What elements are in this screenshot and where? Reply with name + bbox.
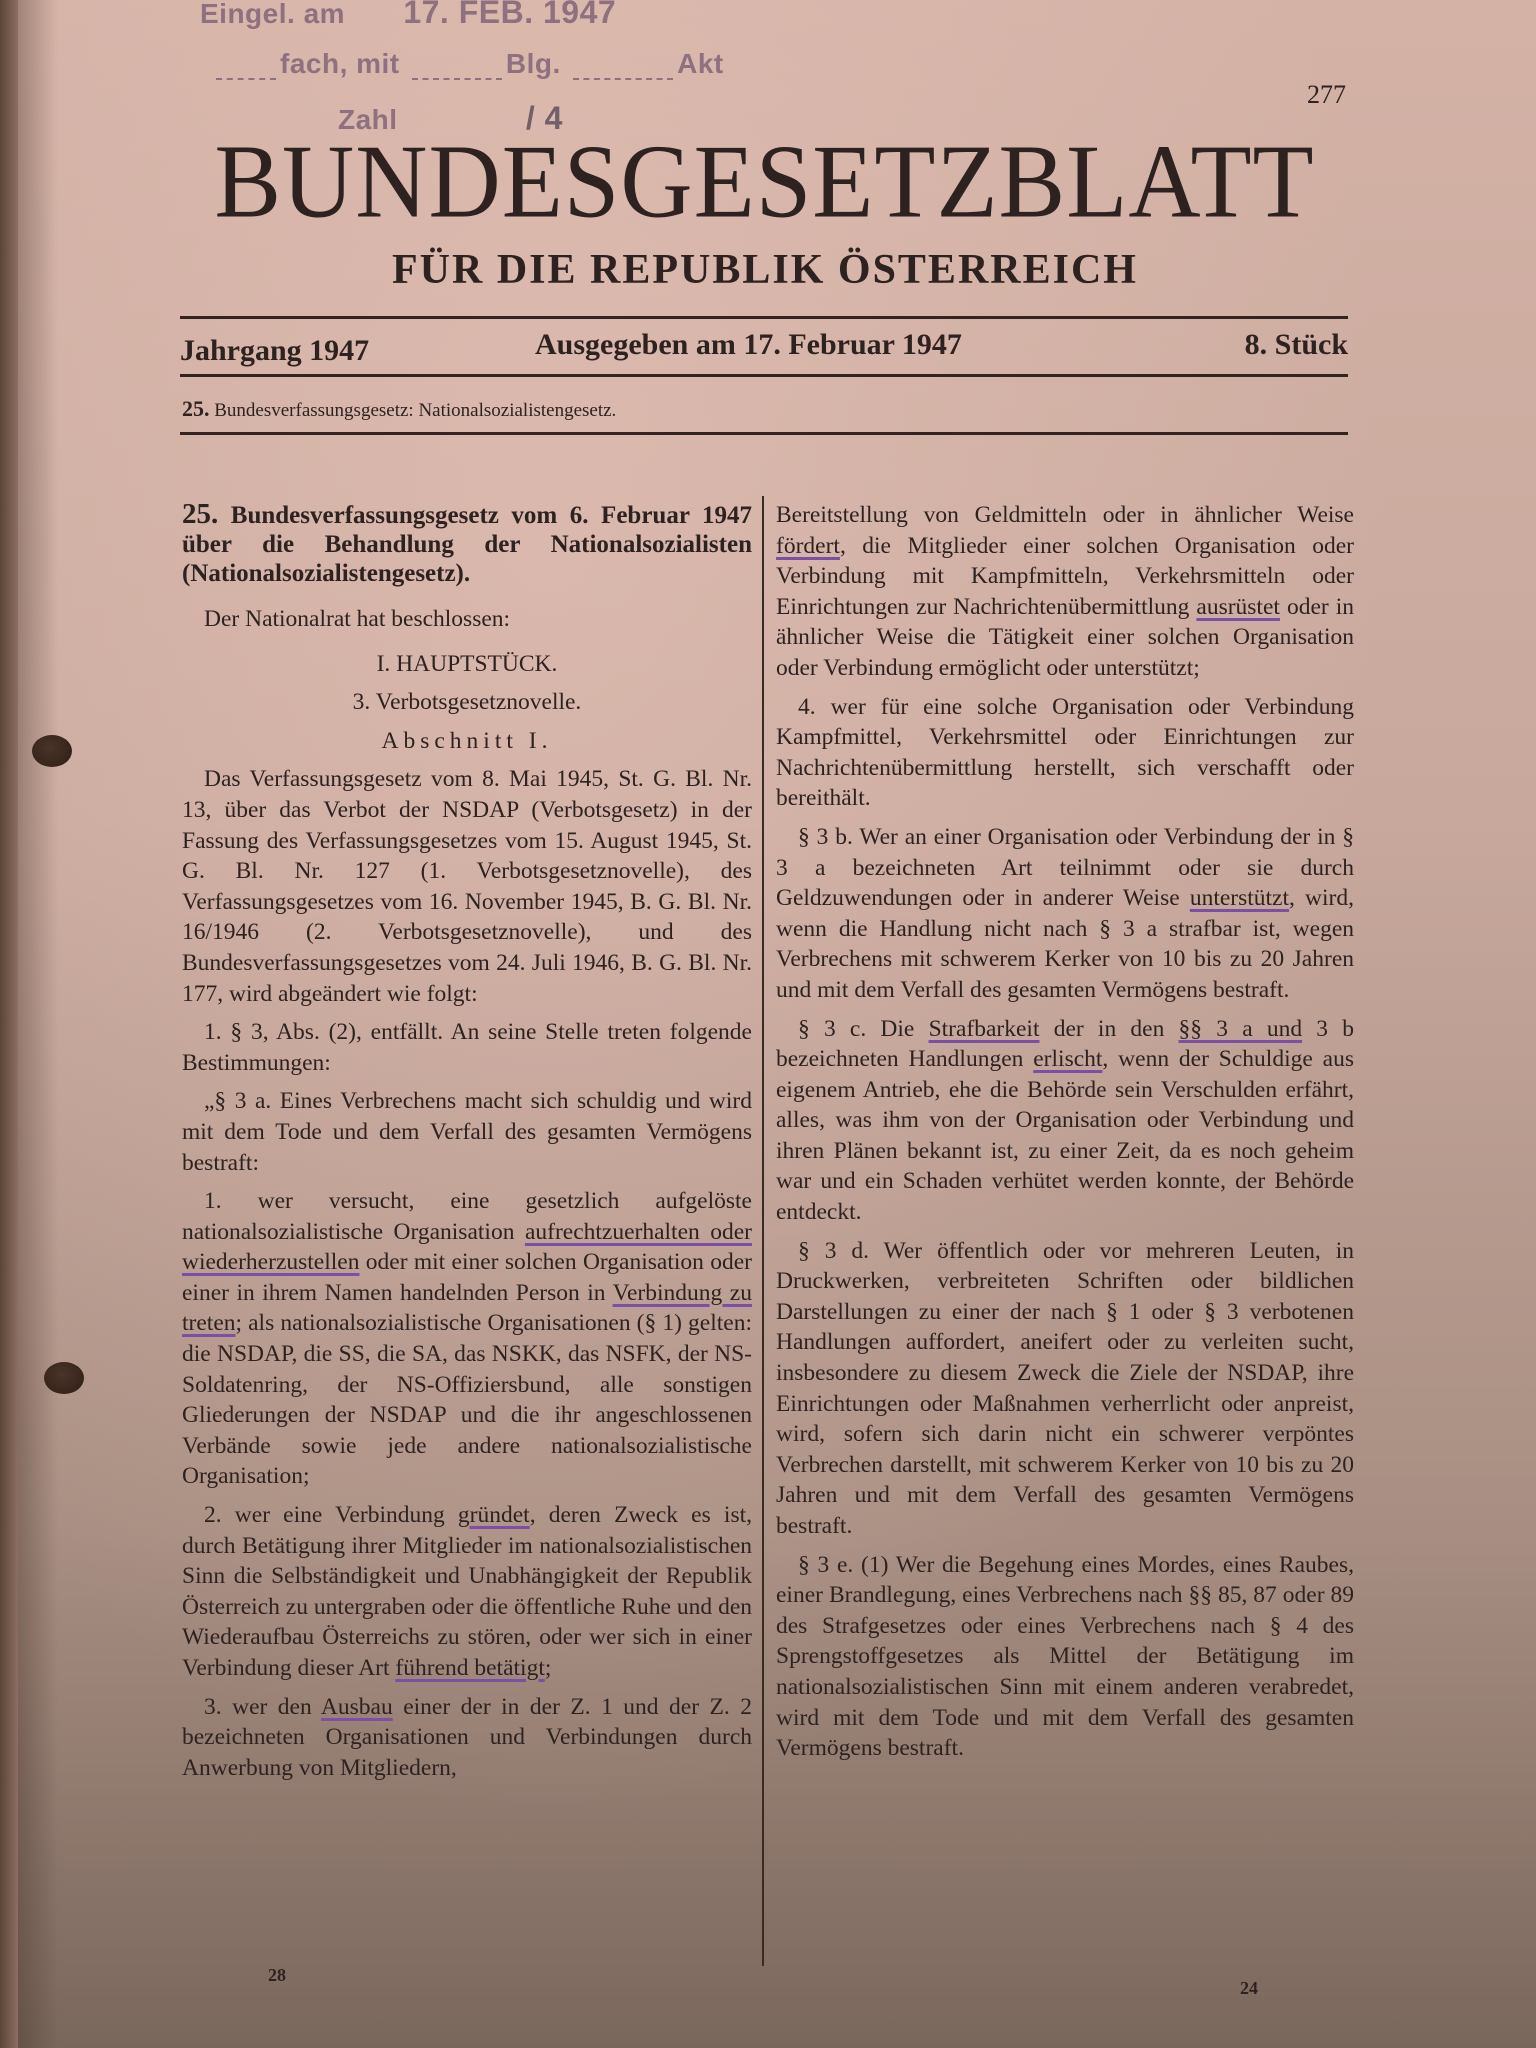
page-shadow bbox=[18, 0, 58, 2048]
section-3a-intro: „§ 3 a. Eines Verbrechens macht sich sch… bbox=[182, 1086, 752, 1178]
hauptstueck-heading: I. HAUPTSTÜCK. bbox=[182, 649, 752, 680]
toc-number: 25. bbox=[182, 396, 210, 421]
section-3e: § 3 e. (1) Wer die Begehung eines Mordes… bbox=[776, 1550, 1354, 1764]
pencil-underline: unterstützt bbox=[1190, 885, 1289, 911]
punch-hole-icon bbox=[44, 1362, 84, 1394]
pencil-underline: fördert bbox=[776, 533, 840, 559]
section-3c: § 3 c. Die Strafbarkeit der in den §§ 3 … bbox=[776, 1014, 1354, 1228]
novelle-heading: 3. Verbotsgesetznovelle. bbox=[182, 687, 752, 718]
issue-date: Ausgegeben am 17. Februar 1947 bbox=[535, 328, 962, 362]
issue-number: 8. Stück bbox=[1245, 328, 1348, 362]
masthead-row: Jahrgang 1947 Ausgegeben am 17. Februar … bbox=[180, 318, 1348, 368]
pencil-underline: führend betätigt bbox=[395, 1655, 544, 1681]
section-3a-item-1: 1. wer versucht, eine gesetzlich aufgelö… bbox=[182, 1186, 752, 1492]
footer-signature-mark-left: 28 bbox=[268, 1965, 286, 1986]
stamp-received-label: Eingel. am bbox=[200, 0, 345, 29]
pencil-underline: gründet bbox=[458, 1502, 530, 1528]
header-rule-bottom bbox=[180, 432, 1348, 435]
item-1-intro: 1. § 3, Abs. (2), entfällt. An seine Ste… bbox=[182, 1017, 752, 1078]
section-3d: § 3 d. Wer öffentlich oder vor mehreren … bbox=[776, 1236, 1354, 1542]
law-title-text: Bundesverfassungsgesetz vom 6. Februar 1… bbox=[182, 502, 752, 587]
gazette-title: BUNDESGESETZBLATT bbox=[182, 130, 1347, 235]
punch-hole-icon bbox=[32, 735, 72, 767]
toc-text: Bundesverfassungsgesetz: Nationalsoziali… bbox=[214, 400, 616, 421]
pencil-underline: Ausbau bbox=[321, 1694, 393, 1720]
table-of-contents-entry: 25. Bundesverfassungsgesetz: Nationalsoz… bbox=[182, 396, 616, 422]
footer-signature-mark-right: 24 bbox=[1240, 1978, 1258, 1999]
year-label: Jahrgang 1947 bbox=[180, 334, 369, 368]
section-3b: § 3 b. Wer an einer Organisation oder Ve… bbox=[776, 822, 1354, 1006]
pencil-underline: ausrüstet bbox=[1196, 594, 1280, 620]
gazette-subtitle: FÜR DIE REPUBLIK ÖSTERREICH bbox=[340, 246, 1190, 294]
stamp-blg-label: Blg. bbox=[506, 48, 561, 79]
section-3a-item-3-continued: Bereitstellung von Geldmitteln oder in ä… bbox=[776, 500, 1354, 684]
pencil-underline: Strafbarkeit bbox=[929, 1016, 1040, 1042]
section-3a-item-4: 4. wer für eine solche Organisation oder… bbox=[776, 692, 1354, 814]
header-rule-middle bbox=[180, 374, 1348, 377]
amendment-paragraph: Das Verfassungsgesetz vom 8. Mai 1945, S… bbox=[182, 764, 752, 1009]
column-divider bbox=[762, 496, 764, 1966]
law-number: 25. bbox=[182, 498, 218, 530]
page-binding-edge bbox=[0, 0, 18, 2048]
enactment-clause: Der Nationalrat hat beschlossen: bbox=[182, 604, 752, 635]
stamp-akt-label: Akt bbox=[677, 48, 724, 79]
law-title: 25. Bundesverfassungsgesetz vom 6. Febru… bbox=[182, 500, 752, 588]
page-number: 277 bbox=[1307, 80, 1346, 110]
right-column: Bereitstellung von Geldmitteln oder in ä… bbox=[776, 500, 1354, 1772]
stamp-fach-label: fach, mit bbox=[280, 48, 400, 79]
section-3a-item-2: 2. wer eine Verbindung gründet, deren Zw… bbox=[182, 1500, 752, 1684]
pencil-underline: erlischt bbox=[1033, 1046, 1102, 1072]
abschnitt-heading: Abschnitt I. bbox=[182, 726, 752, 757]
left-column: 25. Bundesverfassungsgesetz vom 6. Febru… bbox=[182, 500, 752, 1791]
stamp-received-date: 17. FEB. 1947 bbox=[403, 0, 616, 30]
section-3a-item-3: 3. wer den Ausbau einer der in der Z. 1 … bbox=[182, 1692, 752, 1784]
pencil-underline: §§ 3 a und bbox=[1179, 1016, 1303, 1042]
